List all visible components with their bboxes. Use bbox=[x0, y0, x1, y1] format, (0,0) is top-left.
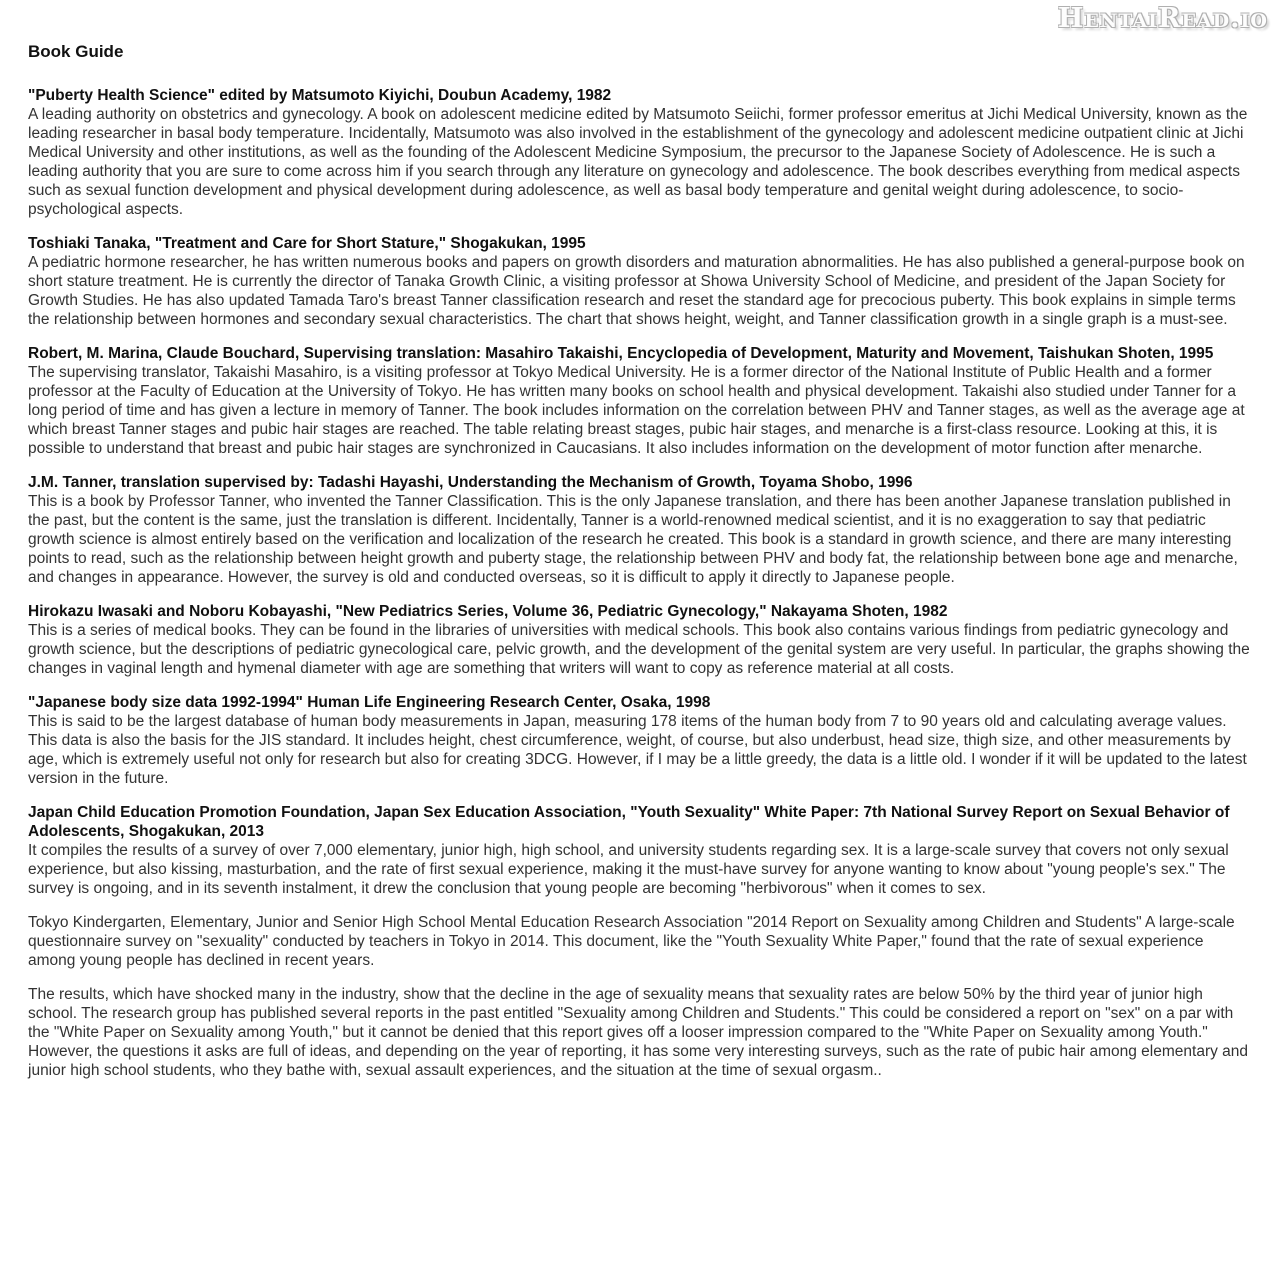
page-content: Book Guide "Puberty Health Science" edit… bbox=[0, 0, 1280, 1080]
book-entry-title: Japan Child Education Promotion Foundati… bbox=[28, 803, 1254, 841]
closing-paragraph-text: The results, which have shocked many in … bbox=[28, 986, 1248, 1079]
book-entry: Robert, M. Marina, Claude Bouchard, Supe… bbox=[28, 344, 1254, 458]
book-entry: Japan Child Education Promotion Foundati… bbox=[28, 803, 1254, 898]
book-entry-title: "Puberty Health Science" edited by Matsu… bbox=[28, 86, 1254, 105]
book-entry-title: Robert, M. Marina, Claude Bouchard, Supe… bbox=[28, 344, 1254, 363]
book-entry-title: J.M. Tanner, translation supervised by: … bbox=[28, 473, 1254, 492]
book-entry: J.M. Tanner, translation supervised by: … bbox=[28, 473, 1254, 587]
book-entry-body: A leading authority on obstetrics and gy… bbox=[28, 106, 1247, 218]
book-entry-body: This is said to be the largest database … bbox=[28, 713, 1247, 787]
closing-paragraph: The results, which have shocked many in … bbox=[28, 985, 1254, 1080]
book-entry-title: Toshiaki Tanaka, "Treatment and Care for… bbox=[28, 234, 1254, 253]
book-guide-page: HentaiRead.io Book Guide "Puberty Health… bbox=[0, 0, 1280, 1280]
book-entry: Toshiaki Tanaka, "Treatment and Care for… bbox=[28, 234, 1254, 329]
closing-paragraph: Tokyo Kindergarten, Elementary, Junior a… bbox=[28, 913, 1254, 970]
book-entry: Hirokazu Iwasaki and Noboru Kobayashi, "… bbox=[28, 602, 1254, 678]
book-entry-body: This is a series of medical books. They … bbox=[28, 622, 1250, 677]
book-entry: "Japanese body size data 1992-1994" Huma… bbox=[28, 693, 1254, 788]
page-title: Book Guide bbox=[28, 42, 1254, 62]
closing-paragraph-text: Tokyo Kindergarten, Elementary, Junior a… bbox=[28, 914, 1235, 969]
book-entry-body: A pediatric hormone researcher, he has w… bbox=[28, 254, 1245, 328]
book-entry-body: The supervising translator, Takaishi Mas… bbox=[28, 364, 1245, 457]
book-entry-title: Hirokazu Iwasaki and Noboru Kobayashi, "… bbox=[28, 602, 1254, 621]
book-entry: "Puberty Health Science" edited by Matsu… bbox=[28, 86, 1254, 219]
book-entry-body: It compiles the results of a survey of o… bbox=[28, 842, 1229, 897]
book-entry-title: "Japanese body size data 1992-1994" Huma… bbox=[28, 693, 1254, 712]
watermark-logo: HentaiRead.io bbox=[1058, 3, 1268, 34]
book-entry-body: This is a book by Professor Tanner, who … bbox=[28, 493, 1238, 586]
